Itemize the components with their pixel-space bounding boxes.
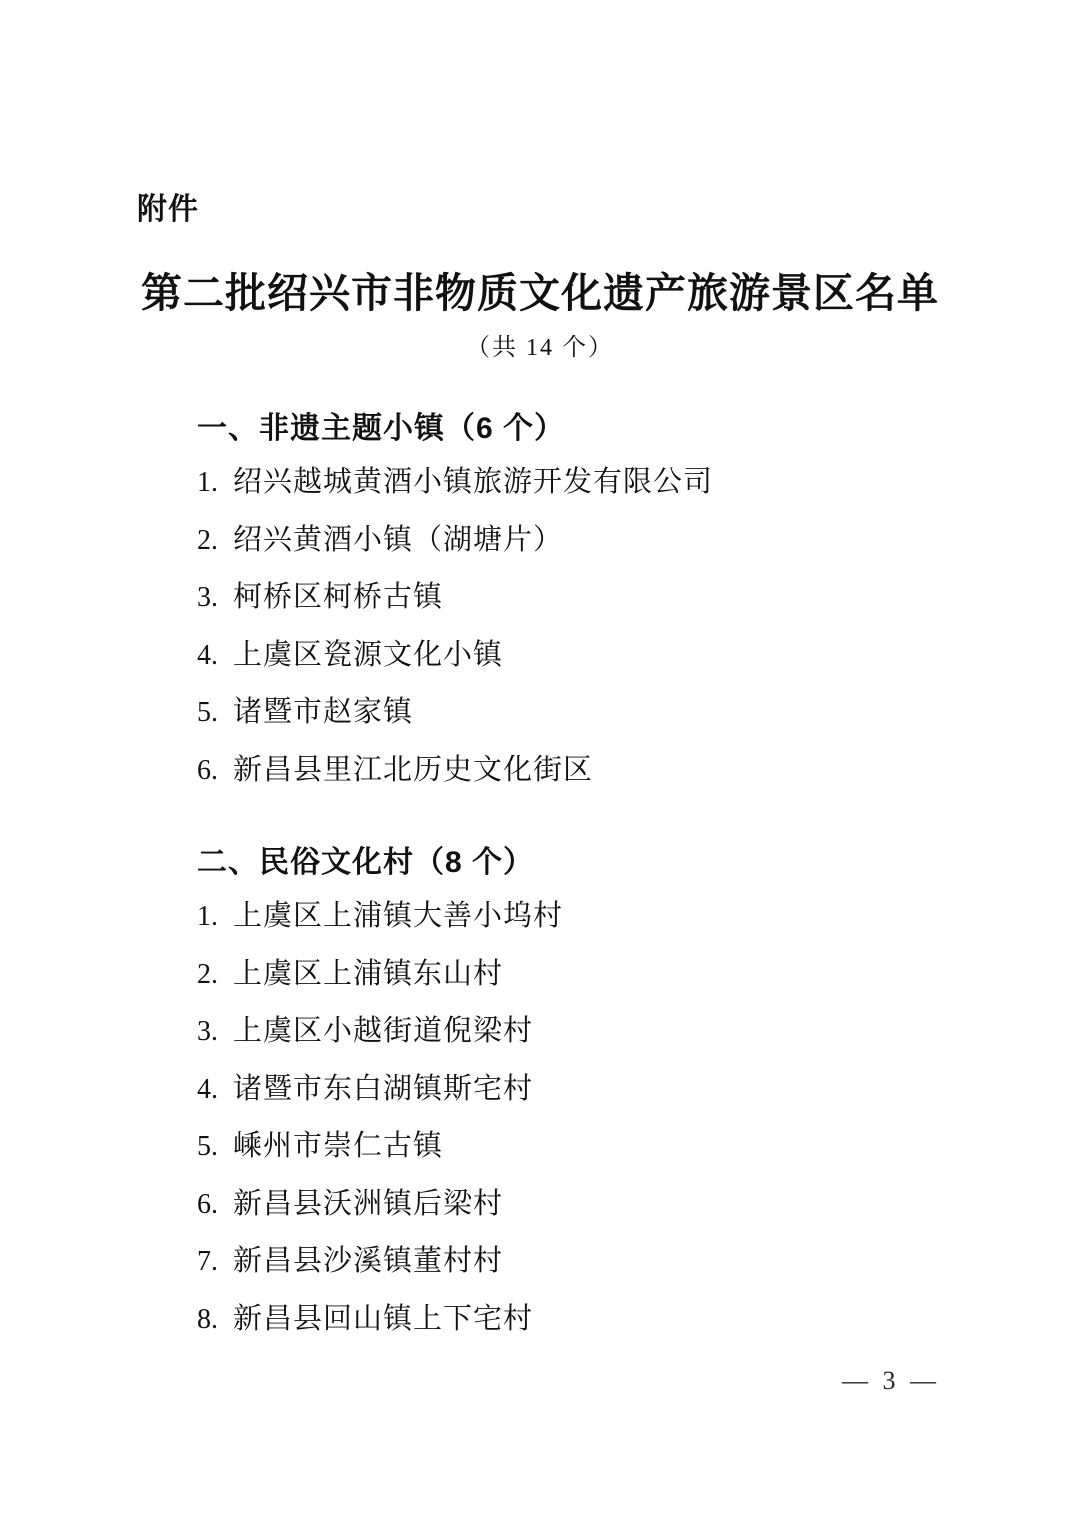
list-item: 2.绍兴黄酒小镇（湖塘片）: [197, 512, 980, 570]
list-item-text: 新昌县回山镇上下宅村: [233, 1303, 533, 1335]
list-item-text: 上虞区上浦镇大善小坞村: [233, 900, 563, 932]
list-item-number: 3.: [197, 1003, 233, 1061]
list-item: 6.新昌县里江北历史文化街区: [197, 742, 980, 800]
list-item: 1.上虞区上浦镇大善小坞村: [197, 888, 980, 946]
list-item-number: 6.: [197, 1176, 233, 1234]
section-2: 二、民俗文化村（8 个）1.上虞区上浦镇大善小坞村2.上虞区上浦镇东山村3.上虞…: [197, 838, 980, 1348]
list-item-text: 嵊州市崇仁古镇: [233, 1130, 443, 1162]
list-item-number: 8.: [197, 1291, 233, 1349]
list-item-number: 6.: [197, 742, 233, 800]
list-item: 1.绍兴越城黄酒小镇旅游开发有限公司: [197, 454, 980, 512]
attachment-label: 附件: [137, 193, 199, 227]
list-item-number: 1.: [197, 888, 233, 946]
list-item: 5.诸暨市赵家镇: [197, 684, 980, 742]
list-item-text: 新昌县沙溪镇董村村: [233, 1245, 503, 1277]
section-heading: 一、非遗主题小镇（6 个）: [197, 404, 980, 454]
list-item-number: 7.: [197, 1233, 233, 1291]
page-title: 第二批绍兴市非物质文化遗产旅游景区名单: [0, 268, 1080, 318]
list-item: 5.嵊州市崇仁古镇: [197, 1118, 980, 1176]
section-heading: 二、民俗文化村（8 个）: [197, 838, 980, 888]
document-page: 附件 第二批绍兴市非物质文化遗产旅游景区名单 （共 14 个） 一、非遗主题小镇…: [0, 0, 1080, 1527]
list-item: 3.上虞区小越街道倪梁村: [197, 1003, 980, 1061]
list-item-text: 新昌县里江北历史文化街区: [233, 754, 593, 786]
list-item: 8.新昌县回山镇上下宅村: [197, 1291, 980, 1349]
list-item-text: 上虞区上浦镇东山村: [233, 958, 503, 990]
list-item: 3.柯桥区柯桥古镇: [197, 569, 980, 627]
list-item-text: 柯桥区柯桥古镇: [233, 581, 443, 613]
list-item-number: 2.: [197, 512, 233, 570]
list-item: 4.上虞区瓷源文化小镇: [197, 627, 980, 685]
sections-container: 一、非遗主题小镇（6 个）1.绍兴越城黄酒小镇旅游开发有限公司2.绍兴黄酒小镇（…: [197, 404, 980, 1348]
list-item: 4.诸暨市东白湖镇斯宅村: [197, 1061, 980, 1119]
list-item: 7.新昌县沙溪镇董村村: [197, 1233, 980, 1291]
section-1: 一、非遗主题小镇（6 个）1.绍兴越城黄酒小镇旅游开发有限公司2.绍兴黄酒小镇（…: [197, 404, 980, 799]
list-item: 2.上虞区上浦镇东山村: [197, 946, 980, 1004]
subtitle-total-count: （共 14 个）: [0, 333, 1080, 363]
list-item-number: 1.: [197, 454, 233, 512]
list-item-number: 2.: [197, 946, 233, 1004]
list-item-number: 5.: [197, 684, 233, 742]
list-item-text: 诸暨市赵家镇: [233, 696, 413, 728]
list-item-text: 上虞区小越街道倪梁村: [233, 1015, 533, 1047]
list-item-text: 上虞区瓷源文化小镇: [233, 639, 503, 671]
page-number: — 3 —: [842, 1366, 940, 1396]
list-item-text: 绍兴越城黄酒小镇旅游开发有限公司: [233, 466, 713, 498]
list-item-text: 绍兴黄酒小镇（湖塘片）: [233, 524, 563, 556]
list-item-number: 4.: [197, 627, 233, 685]
list-item-text: 新昌县沃洲镇后梁村: [233, 1188, 503, 1220]
list-item: 6.新昌县沃洲镇后梁村: [197, 1176, 980, 1234]
list-item-text: 诸暨市东白湖镇斯宅村: [233, 1073, 533, 1105]
list-item-number: 3.: [197, 569, 233, 627]
list-item-number: 4.: [197, 1061, 233, 1119]
list-item-number: 5.: [197, 1118, 233, 1176]
